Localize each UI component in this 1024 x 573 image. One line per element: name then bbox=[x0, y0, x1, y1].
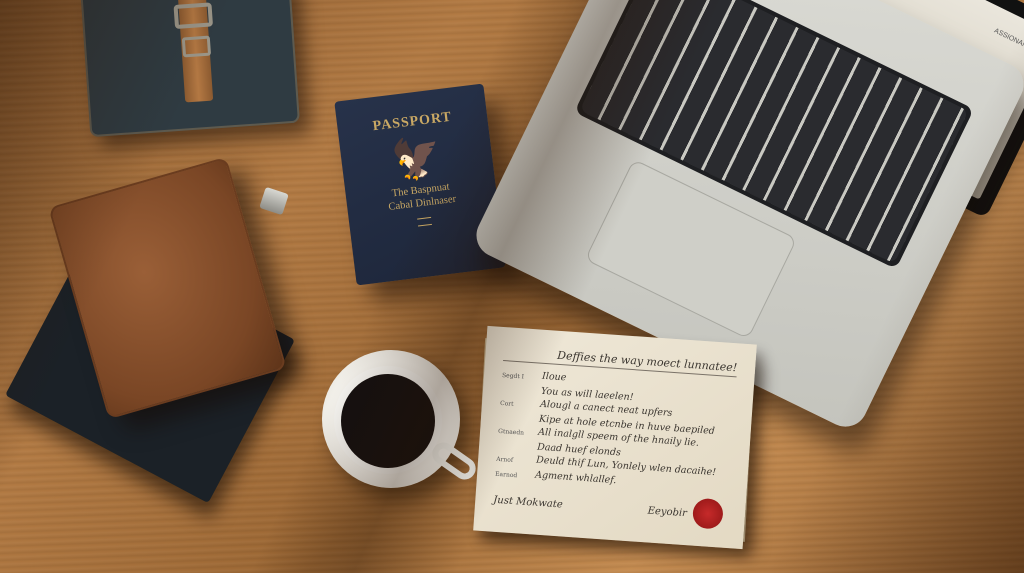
biometric-chip-icon bbox=[417, 217, 432, 227]
screen-nav: ASSIONANT bbox=[993, 27, 1024, 51]
leather-wallet bbox=[80, 0, 300, 137]
metal-clip bbox=[259, 187, 289, 215]
signature-right: Eeyobir bbox=[647, 505, 687, 519]
letter-body: Segdt IIloueYou as will laeelen!CortAlou… bbox=[495, 367, 736, 497]
buckle-loop-icon bbox=[182, 36, 211, 58]
handwritten-letter: Deffies the way moect lunnatee! Segdt II… bbox=[473, 326, 757, 549]
wax-seal-icon bbox=[692, 498, 724, 530]
coffee bbox=[341, 374, 435, 468]
desk-scene: PAV PASSPORT 🦅 The Baspnuat Cabal Dinlna… bbox=[0, 0, 1024, 573]
letter-footer: Just Mokwate Eeyobir bbox=[493, 495, 727, 522]
letter-line-text: Iloue bbox=[542, 370, 567, 387]
letter-line-label: Earnod bbox=[495, 466, 536, 484]
signature-left: Just Mokwate bbox=[493, 495, 563, 511]
passport: PASSPORT 🦅 The Baspnuat Cabal Dinlnaser bbox=[334, 84, 505, 286]
buckle-icon bbox=[173, 2, 213, 29]
